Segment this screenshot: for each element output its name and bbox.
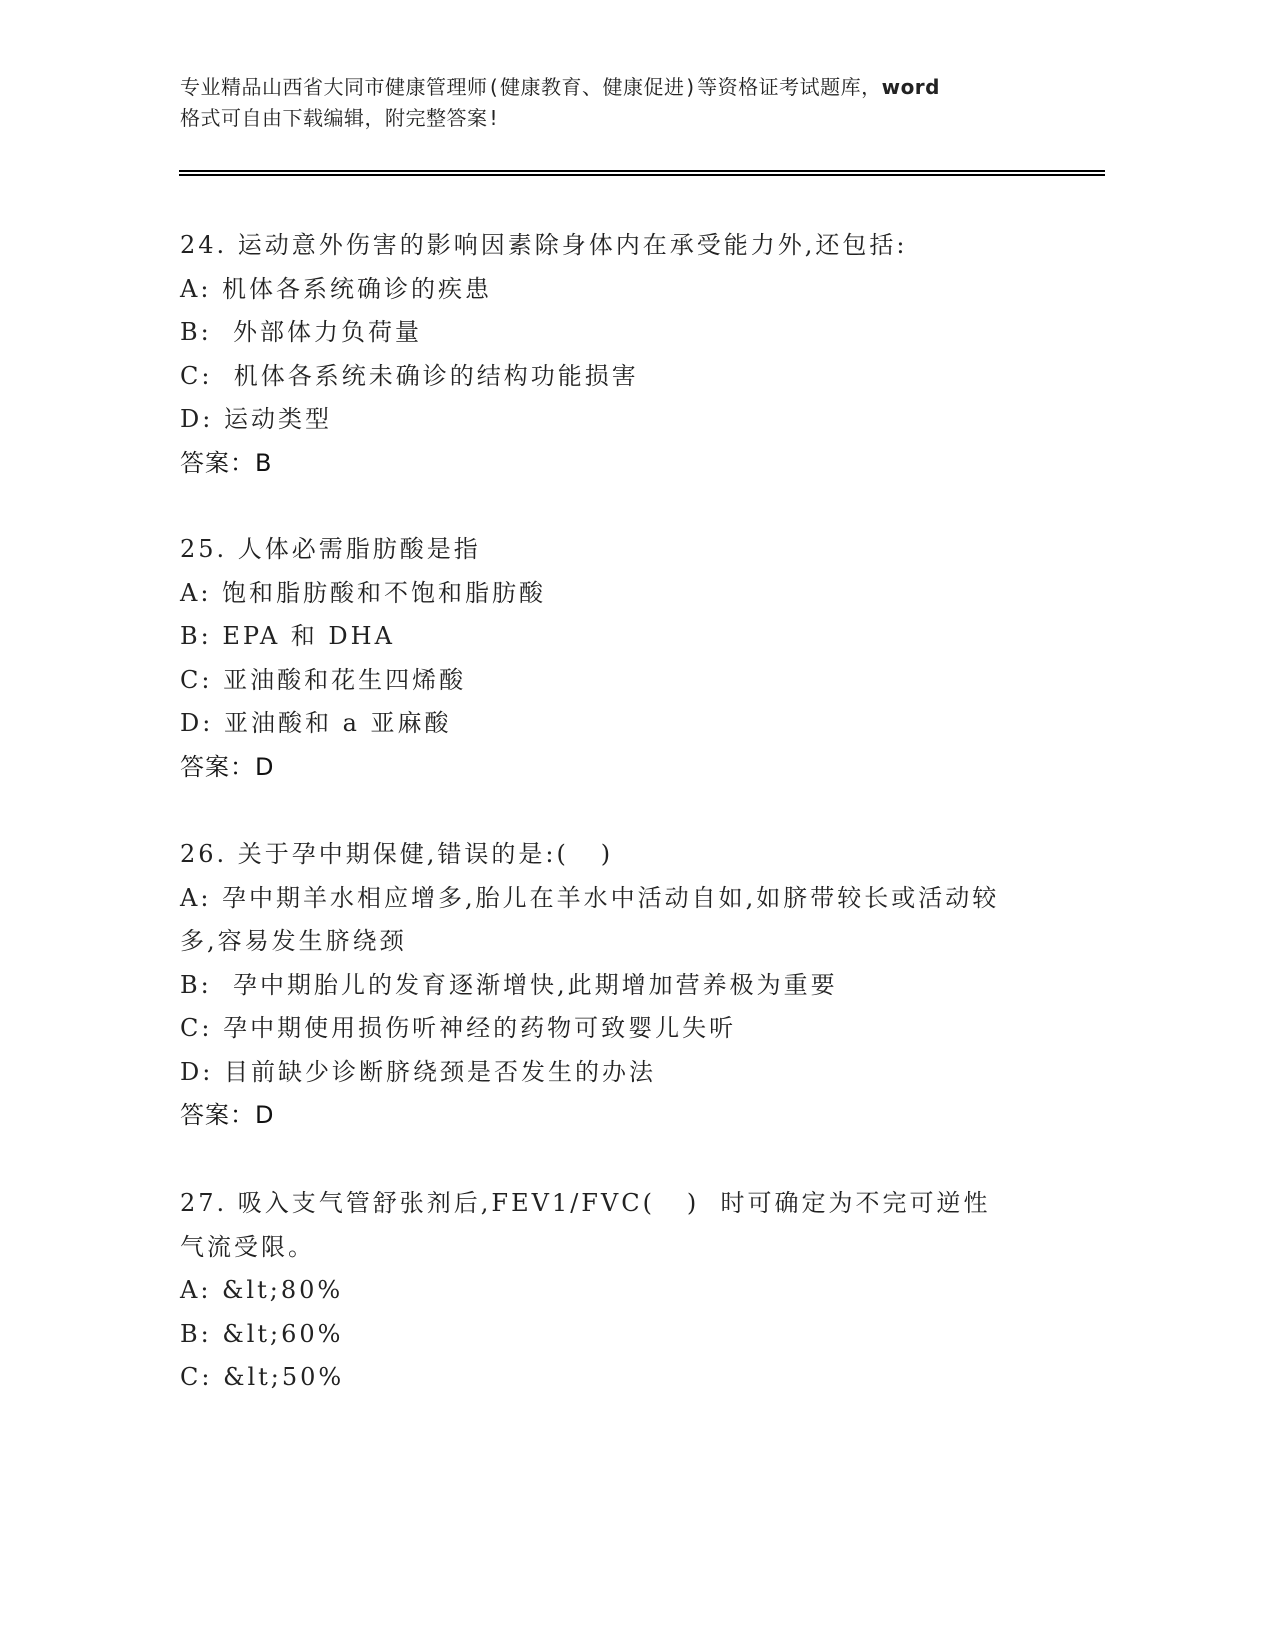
header-line-1: 专业精品山西省大同市健康管理师(健康教育、健康促进)等资格证考试题库，word <box>180 72 1060 103</box>
option-a-continued: 多,容易发生脐绕颈 <box>180 920 1040 964</box>
question-26: 26. 关于孕中期保健,错误的是:( ) A: 孕中期羊水相应增多,胎儿在羊水中… <box>180 833 1040 1138</box>
option-d: D: 运动类型 <box>180 398 1040 442</box>
option-b: B: EPA 和 DHA <box>180 615 1040 659</box>
question-25: 25. 人体必需脂肪酸是指 A: 饱和脂肪酸和不饱和脂肪酸 B: EPA 和 D… <box>180 528 1040 789</box>
option-c: C: 机体各系统未确诊的结构功能损害 <box>180 355 1040 399</box>
option-b: B: &lt;60% <box>180 1313 1040 1357</box>
header-title-text: 专业精品山西省大同市健康管理师(健康教育、健康促进)等资格证考试题库， <box>180 75 882 99</box>
option-a: A: &lt;80% <box>180 1269 1040 1313</box>
header-word-format: word <box>882 75 940 99</box>
document-header: 专业精品山西省大同市健康管理师(健康教育、健康促进)等资格证考试题库，word … <box>180 72 1060 134</box>
question-stem: 24. 运动意外伤害的影响因素除身体内在承受能力外,还包括: <box>180 224 1040 268</box>
option-c: C: 孕中期使用损伤听神经的药物可致婴儿失听 <box>180 1007 1040 1051</box>
option-a: A: 机体各系统确诊的疾患 <box>180 268 1040 312</box>
header-line-2: 格式可自由下载编辑，附完整答案! <box>180 103 1060 134</box>
answer-label: 答案：B <box>180 442 1040 486</box>
answer-label: 答案：D <box>180 1094 1040 1138</box>
question-stem-continued: 气流受限。 <box>180 1226 1040 1270</box>
option-c: C: &lt;50% <box>180 1356 1040 1400</box>
header-divider-bottom <box>179 174 1105 176</box>
question-stem: 25. 人体必需脂肪酸是指 <box>180 528 1040 572</box>
question-24: 24. 运动意外伤害的影响因素除身体内在承受能力外,还包括: A: 机体各系统确… <box>180 224 1040 485</box>
header-divider-top <box>179 170 1105 172</box>
option-d: D: 亚油酸和 a 亚麻酸 <box>180 702 1040 746</box>
option-c: C: 亚油酸和花生四烯酸 <box>180 659 1040 703</box>
option-b: B: 外部体力负荷量 <box>180 311 1040 355</box>
option-b: B: 孕中期胎儿的发育逐渐增快,此期增加营养极为重要 <box>180 964 1040 1008</box>
answer-label: 答案：D <box>180 746 1040 790</box>
question-27: 27. 吸入支气管舒张剂后,FEV1/FVC( ) 时可确定为不完可逆性 气流受… <box>180 1182 1040 1400</box>
option-a: A: 孕中期羊水相应增多,胎儿在羊水中活动自如,如脐带较长或活动较 <box>180 877 1040 921</box>
document-page: 专业精品山西省大同市健康管理师(健康教育、健康促进)等资格证考试题库，word … <box>0 0 1275 1650</box>
option-a: A: 饱和脂肪酸和不饱和脂肪酸 <box>180 572 1040 616</box>
question-stem: 26. 关于孕中期保健,错误的是:( ) <box>180 833 1040 877</box>
question-stem: 27. 吸入支气管舒张剂后,FEV1/FVC( ) 时可确定为不完可逆性 <box>180 1182 1040 1226</box>
option-d: D: 目前缺少诊断脐绕颈是否发生的办法 <box>180 1051 1040 1095</box>
